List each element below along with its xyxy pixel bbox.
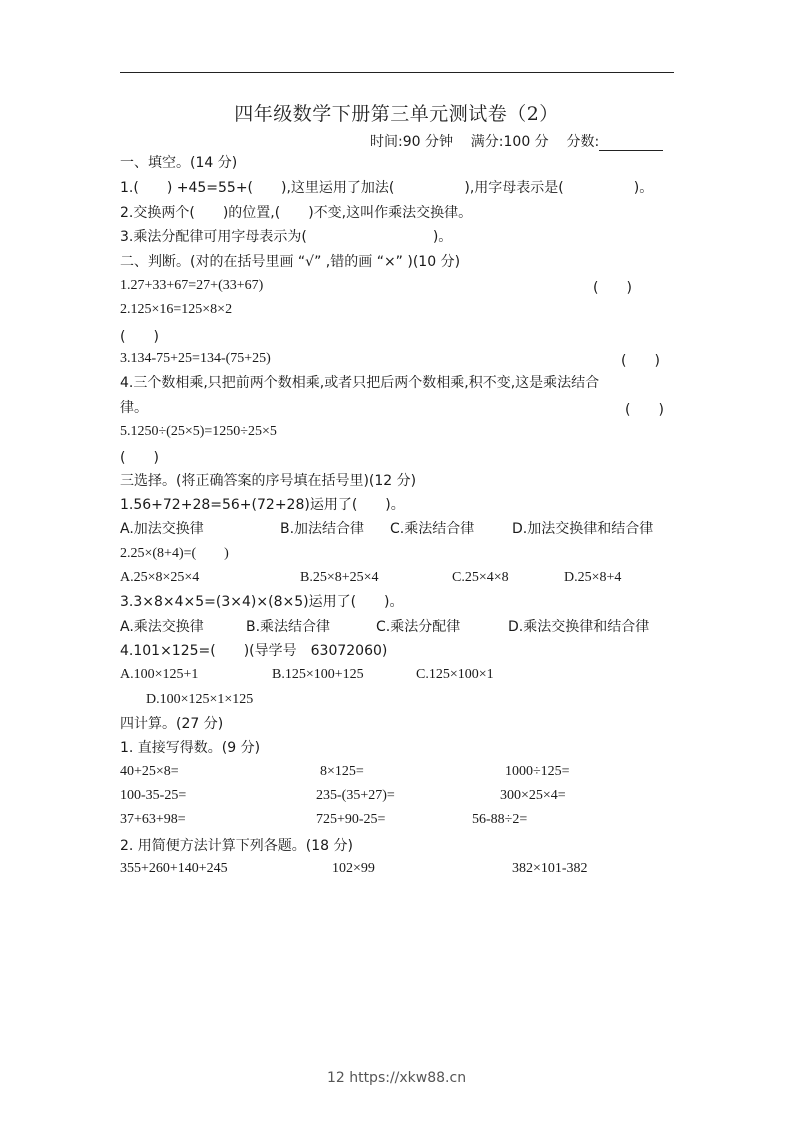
judgment-item: 5.1250÷(25×5)=1250÷25×5 bbox=[120, 423, 277, 441]
answer-bracket[interactable]: ( ) bbox=[120, 326, 159, 346]
option-c[interactable]: C.乘法结合律 bbox=[390, 520, 474, 538]
choice-question-stem: 3.3×8×4×5=(3×4)×(8×5)运用了( )。 bbox=[120, 593, 404, 611]
simplify-calc-item: 102×99 bbox=[332, 861, 375, 877]
page-footer: 12 https://xkw88.cn bbox=[0, 1070, 793, 1086]
oral-calc-item: 100-35-25= bbox=[120, 788, 186, 804]
choice-question-stem: 4.101×125=( )(导学号 63072060) bbox=[120, 642, 387, 660]
choice-question-stem: 2.25×(8+4)=( ) bbox=[120, 545, 229, 563]
option-c[interactable]: C.25×4×8 bbox=[452, 569, 509, 587]
choice-question-stem: 1.56+72+28=56+(72+28)运用了( )。 bbox=[120, 496, 405, 514]
oral-calc-item: 300×25×4= bbox=[500, 788, 566, 804]
oral-calc-item: 37+63+98= bbox=[120, 812, 186, 828]
option-b[interactable]: B.125×100+125 bbox=[272, 666, 364, 684]
page-title: 四年级数学下册第三单元测试卷（2） bbox=[0, 99, 793, 126]
oral-calc-item: 1000÷125= bbox=[505, 764, 570, 780]
subsection-heading-direct: 1. 直接写得数。(9 分) bbox=[120, 739, 260, 757]
answer-bracket[interactable]: ( ) bbox=[621, 350, 660, 370]
option-d[interactable]: D.乘法交换律和结合律 bbox=[508, 618, 649, 636]
judgment-item: 4.三个数相乘,只把前两个数相乘,或者只把后两个数相乘,积不变,这是乘法结合 bbox=[120, 374, 599, 392]
section-heading-true-false: 二、判断。(对的在括号里画 “√” ,错的画 “×” )(10 分) bbox=[120, 253, 460, 271]
score-label: 分数: bbox=[567, 134, 600, 150]
option-b[interactable]: B.25×8+25×4 bbox=[300, 569, 379, 587]
simplify-calc-item: 355+260+140+245 bbox=[120, 861, 228, 877]
option-d[interactable]: D.加法交换律和结合律 bbox=[512, 520, 653, 538]
full-score-label: 满分:100 分 bbox=[471, 134, 549, 150]
option-a[interactable]: A.加法交换律 bbox=[120, 520, 204, 538]
judgment-item: 2.125×16=125×8×2 bbox=[120, 301, 232, 319]
question-item: 2.交换两个( )的位置,( )不变,这叫作乘法交换律。 bbox=[120, 204, 472, 222]
answer-bracket[interactable]: ( ) bbox=[593, 277, 632, 297]
option-b[interactable]: B.乘法结合律 bbox=[246, 618, 330, 636]
option-a[interactable]: A.25×8×25×4 bbox=[120, 569, 199, 587]
time-label: 时间:90 分钟 bbox=[370, 134, 453, 150]
section-heading-fill-blank: 一、填空。(14 分) bbox=[120, 154, 237, 172]
option-c[interactable]: C.乘法分配律 bbox=[376, 618, 460, 636]
oral-calc-item: 8×125= bbox=[320, 764, 364, 780]
question-item: 3.乘法分配律可用字母表示为( )。 bbox=[120, 228, 452, 246]
oral-calc-item: 725+90-25= bbox=[316, 812, 385, 828]
score-blank[interactable] bbox=[599, 136, 663, 151]
option-a[interactable]: A.乘法交换律 bbox=[120, 618, 204, 636]
oral-calc-item: 56-88÷2= bbox=[472, 812, 527, 828]
oral-calc-item: 40+25×8= bbox=[120, 764, 179, 780]
simplify-calc-item: 382×101-382 bbox=[512, 861, 588, 877]
answer-bracket[interactable]: ( ) bbox=[625, 399, 664, 419]
judgment-item: 1.27+33+67=27+(33+67) bbox=[120, 277, 263, 295]
section-heading-multiple-choice: 三选择。(将正确答案的序号填在括号里)(12 分) bbox=[120, 472, 416, 490]
question-item: 1.( ) +45=55+( ),这里运用了加法( ),用字母表示是( )。 bbox=[120, 179, 653, 197]
answer-bracket[interactable]: ( ) bbox=[120, 447, 159, 467]
option-d[interactable]: D.100×125×1×125 bbox=[146, 691, 253, 709]
subsection-heading-simplify: 2. 用简便方法计算下列各题。(18 分) bbox=[120, 837, 353, 855]
option-d[interactable]: D.25×8+4 bbox=[564, 569, 621, 587]
exam-meta: 时间:90 分钟 满分:100 分 分数: bbox=[370, 131, 663, 151]
oral-calc-item: 235-(35+27)= bbox=[316, 788, 395, 804]
option-c[interactable]: C.125×100×1 bbox=[416, 666, 494, 684]
header-rule bbox=[120, 72, 674, 73]
judgment-item: 3.134-75+25=134-(75+25) bbox=[120, 350, 271, 368]
judgment-item-continued: 律。 bbox=[120, 399, 148, 417]
section-heading-calculation: 四计算。(27 分) bbox=[120, 715, 223, 733]
option-a[interactable]: A.100×125+1 bbox=[120, 666, 198, 684]
option-b[interactable]: B.加法结合律 bbox=[280, 520, 364, 538]
